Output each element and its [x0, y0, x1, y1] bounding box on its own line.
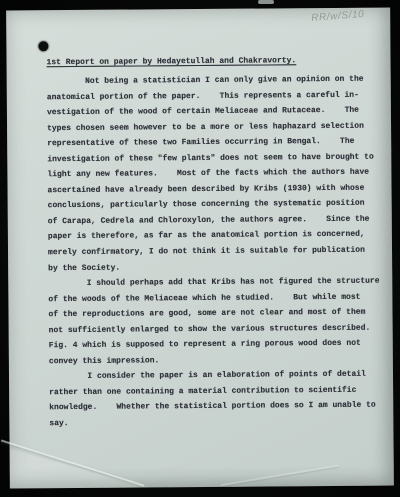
- typed-line: say.: [49, 414, 385, 432]
- ink-dot: [38, 41, 48, 51]
- scan-artifact: [258, 0, 274, 4]
- report-title: 1st Report on paper by Hedayetullah and …: [46, 55, 296, 68]
- scan-background: RR/w/S/10 1st Report on paper by Hedayet…: [0, 0, 400, 497]
- report-body: Not being a statistician I can only give…: [47, 72, 386, 432]
- typed-line: Fig. 4 which is supposed to represent a …: [49, 336, 385, 354]
- reference-mark: RR/w/S/10: [311, 9, 365, 24]
- typed-line: merely confirmatory, I do not think it i…: [48, 243, 384, 261]
- paper-crease: [220, 465, 339, 486]
- document-page: RR/w/S/10 1st Report on paper by Hedayet…: [6, 7, 394, 488]
- typed-line: knowledge. Whether the statistical porti…: [49, 398, 385, 416]
